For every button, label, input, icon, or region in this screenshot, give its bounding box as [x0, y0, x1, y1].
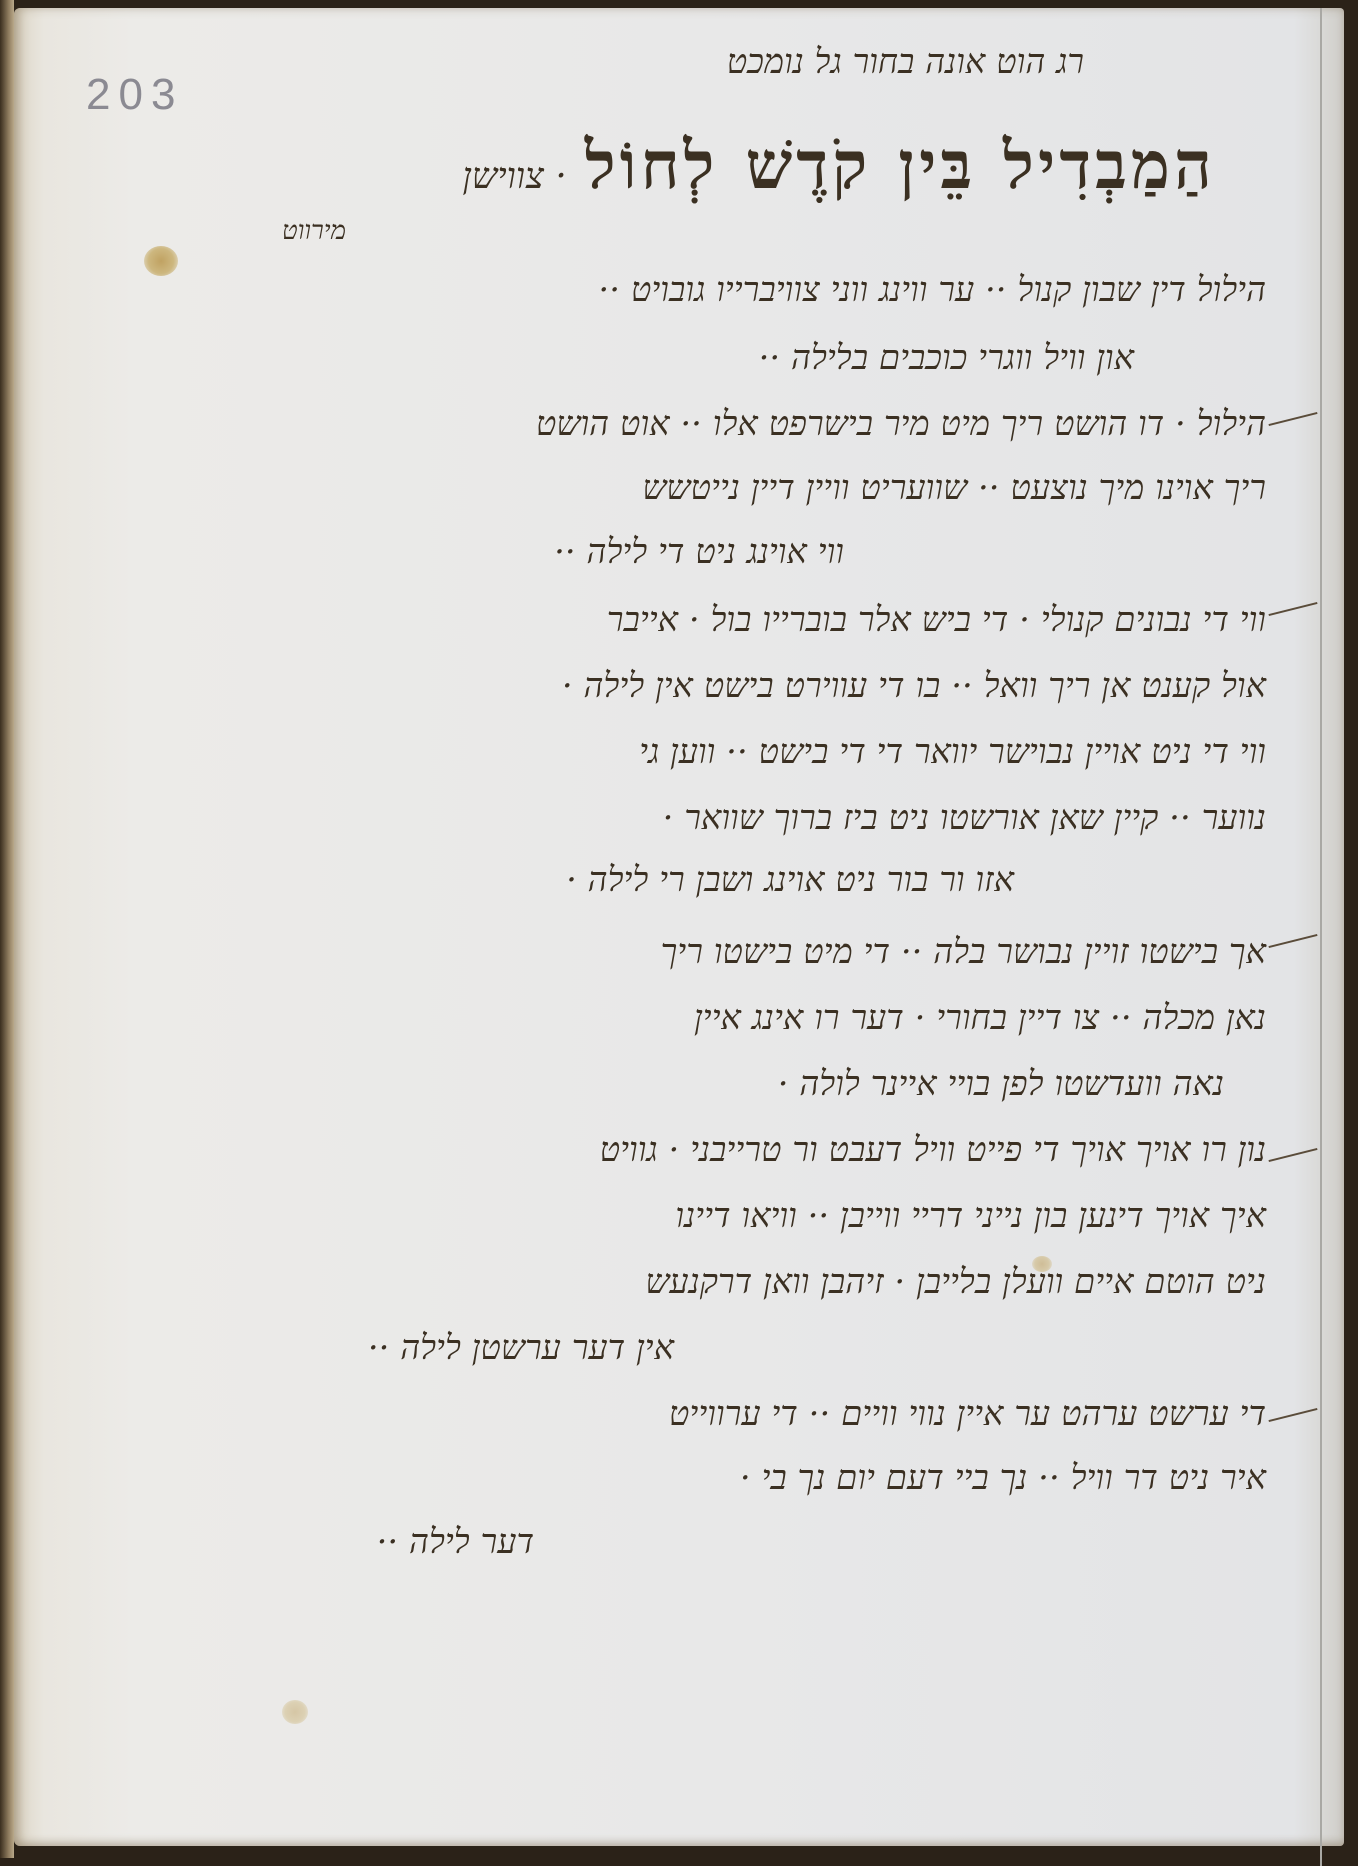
text-line: איר ניט דר וויל ·· נך ביי דעם יום נך בי … — [740, 1458, 1266, 1498]
text-line: דער לילה ·· — [377, 1522, 534, 1562]
margin-mark-icon — [1269, 602, 1318, 616]
text-line: אך בישטו זויין נבושר בלה ·· די מיט בישטו… — [661, 932, 1266, 972]
margin-mark-icon — [1269, 934, 1318, 948]
text-line: נון רו אויך אויך די פייט וויל דעבט ור טר… — [600, 1130, 1266, 1170]
text-line: נווער ·· קיין שאן אורשטו ניט ביז ברוך שו… — [663, 798, 1266, 838]
title-aside: · צווישן — [463, 156, 567, 197]
text-line: אול קענט אן ריך וואל ·· בו די עווירט ביש… — [562, 666, 1266, 706]
ink-stain — [144, 246, 178, 276]
text-line: ווי אוינג ניט די לילה ·· — [554, 532, 844, 572]
text-line: ווי די ניט אויין נבוישר יוואר די די בישט… — [639, 732, 1266, 772]
title-text: הַמַבְדִיל בֵּין קֹדֶשׁ לְחוֹל — [585, 126, 1216, 204]
folio-number: 203 — [86, 70, 183, 120]
page-edge-rule — [1320, 8, 1322, 1858]
text-line: ניט הוטם איים וועלן בלייבן · זיהבן וואן … — [645, 1262, 1266, 1302]
text-line: אזו ור בור ניט אוינג ושבן רי לילה · — [566, 860, 1014, 900]
text-line: און וויל ווגרי כוכבים בלילה ·· — [759, 338, 1134, 378]
text-line: ווי די נבונים קנולי · די ביש אלר בוברייו… — [607, 600, 1266, 640]
ink-stain — [282, 1700, 308, 1724]
text-line: ריך אוינו מיך נוצעט ·· שוועריט וויין דיי… — [642, 468, 1266, 508]
text-line: הילול דין שבון קנול ·· ער ווינג ווני צוו… — [598, 270, 1266, 310]
text-line: אין דער ערשטן לילה ·· — [368, 1328, 674, 1368]
margin-mark-icon — [1269, 1408, 1318, 1422]
manuscript-page: 203 רג הוט אונה בחור גל נומכט הַמַבְדִיל… — [14, 8, 1344, 1846]
page-title: הַמַבְדִיל בֵּין קֹדֶשׁ לְחוֹל· צווישן — [463, 126, 1216, 205]
margin-mark-icon — [1269, 412, 1318, 426]
running-head: רג הוט אונה בחור גל נומכט — [727, 42, 1084, 82]
text-line: נאה וועדשטו לפן בויי איינר לולה · — [778, 1064, 1224, 1104]
margin-mark-icon — [1269, 1148, 1318, 1162]
margin-subnote: מירווט — [282, 216, 346, 246]
text-line: די ערשט ערהט ער איין נווי וויים ·· די ער… — [669, 1394, 1266, 1434]
book-binding-edge — [0, 0, 14, 1858]
text-line: הילול · דו הושט ריך מיט מיר בישרפט אלו ·… — [536, 404, 1266, 444]
text-line: נאן מכלה ·· צו דיין בחורי · דער רו אינג … — [694, 998, 1266, 1038]
text-line: איך אויך דינען בון נייני דריי ווייבן ·· … — [675, 1196, 1266, 1236]
